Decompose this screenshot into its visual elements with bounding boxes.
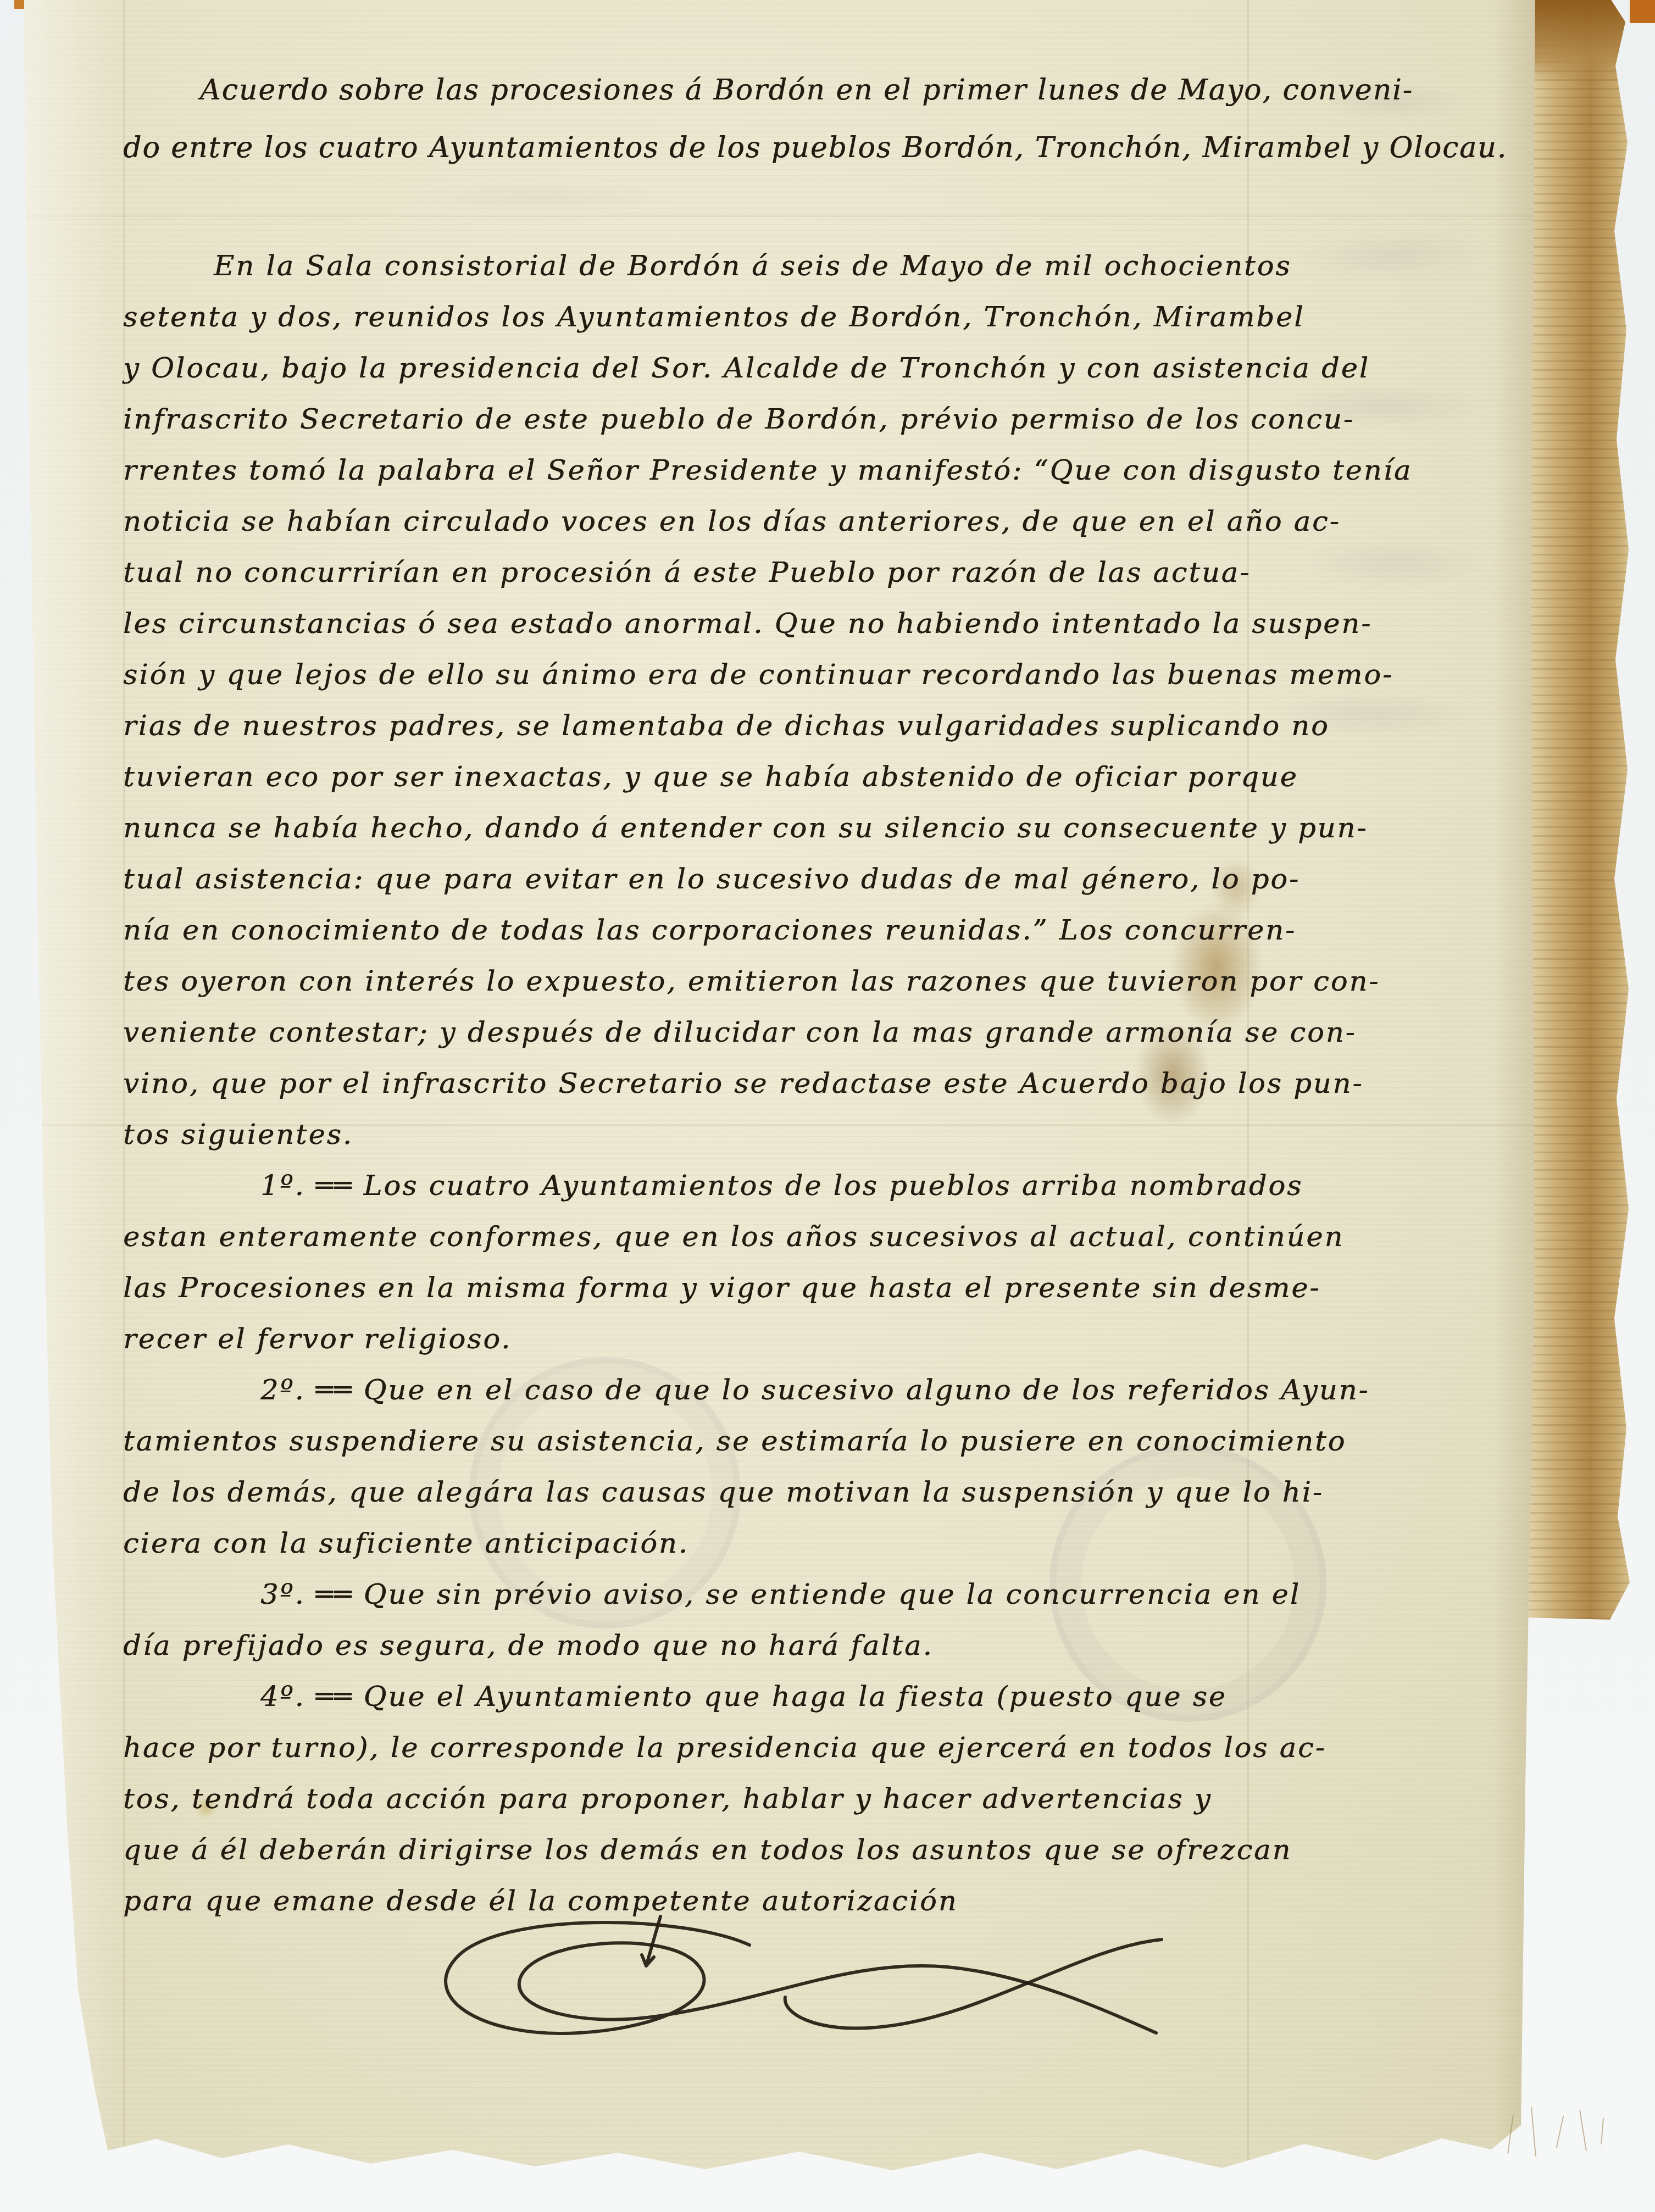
manuscript-line: noticia se habían circulado voces en los… (123, 496, 1530, 547)
paper-fibre (1601, 2118, 1604, 2144)
manuscript-line: y Olocau, bajo la presidencia del Sor. A… (123, 343, 1530, 394)
manuscript-line: vino, que por el infrascrito Secretario … (123, 1058, 1530, 1109)
manuscript-line: tamientos suspendiere su asistencia, se … (123, 1416, 1530, 1467)
manuscript-line: veniente contestar; y después de dilucid… (123, 1007, 1530, 1058)
manuscript-text: En la Sala consistorial de Bordón á seis… (123, 241, 1530, 1927)
manuscript-line: infrascrito Secretario de este pueblo de… (123, 394, 1530, 445)
manuscript-line: tuvieran eco por ser inexactas, y que se… (123, 752, 1530, 803)
paper-fibre (1531, 2107, 1536, 2157)
paper-fibre (1556, 2115, 1564, 2148)
manuscript-line: sión y que lejos de ello su ánimo era de… (123, 649, 1530, 701)
manuscript-line: les circunstancias ó sea estado anormal.… (123, 598, 1530, 649)
manuscript-title: Acuerdo sobre las procesiones á Bordón e… (123, 62, 1530, 177)
paper-fibre (1579, 2110, 1587, 2150)
manuscript-line: nía en conocimiento de todas las corpora… (123, 905, 1530, 956)
title-line: Acuerdo sobre las procesiones á Bordón e… (123, 62, 1530, 119)
manuscript-page: Acuerdo sobre las procesiones á Bordón e… (13, 0, 1536, 2176)
title-line: do entre los cuatro Ayuntamientos de los… (123, 119, 1530, 177)
scan-corner-artifact-top-right (1630, 0, 1655, 23)
manuscript-line: 4º. ══ Que el Ayuntamiento que haga la f… (123, 1671, 1530, 1722)
manuscript-line: hace por turno), le corresponde la presi… (123, 1722, 1530, 1774)
manuscript-line: 1º. ══ Los cuatro Ayuntamientos de los p… (123, 1160, 1530, 1211)
manuscript-line: de los demás, que alegára las causas que… (123, 1467, 1530, 1518)
torn-page-edges (1528, 0, 1632, 1622)
manuscript-line: las Procesiones en la misma forma y vigo… (123, 1263, 1530, 1314)
manuscript-line: setenta y dos, reunidos los Ayuntamiento… (123, 292, 1530, 343)
manuscript-line: rrentes tomó la palabra el Señor Preside… (123, 445, 1530, 496)
scanner-background: { "document_type": "scanned handwritten … (0, 0, 1655, 2212)
rubric-flourish (398, 1907, 1167, 2055)
manuscript-line: En la Sala consistorial de Bordón á seis… (123, 241, 1530, 292)
manuscript-line: ciera con la suficiente anticipación. (123, 1518, 1530, 1569)
manuscript-line: tos, tendrá toda acción para proponer, h… (123, 1774, 1530, 1825)
fold-crease-horizontal-top (13, 215, 1536, 217)
manuscript-line: tual asistencia: que para evitar en lo s… (123, 854, 1530, 905)
manuscript-line: nunca se había hecho, dando á entender c… (123, 803, 1530, 854)
manuscript-line: día prefijado es segura, de modo que no … (123, 1620, 1530, 1671)
manuscript-line: estan enteramente conformes, que en los … (123, 1211, 1530, 1263)
manuscript-line: recer el fervor religioso. (123, 1314, 1530, 1365)
manuscript-line: rias de nuestros padres, se lamentaba de… (123, 701, 1530, 752)
manuscript-line: tual no concurrirían en procesión á este… (123, 547, 1530, 598)
manuscript-line: tos siguientes. (123, 1109, 1530, 1160)
manuscript-line: tes oyeron con interés lo expuesto, emit… (123, 956, 1530, 1007)
ink-bleed-through (398, 181, 684, 214)
manuscript-line: que á él deberán dirigirse los demás en … (123, 1825, 1530, 1876)
manuscript-line: 3º. ══ Que sin prévio aviso, se entiende… (123, 1569, 1530, 1620)
manuscript-line: 2º. ══ Que en el caso de que lo sucesivo… (123, 1365, 1530, 1416)
